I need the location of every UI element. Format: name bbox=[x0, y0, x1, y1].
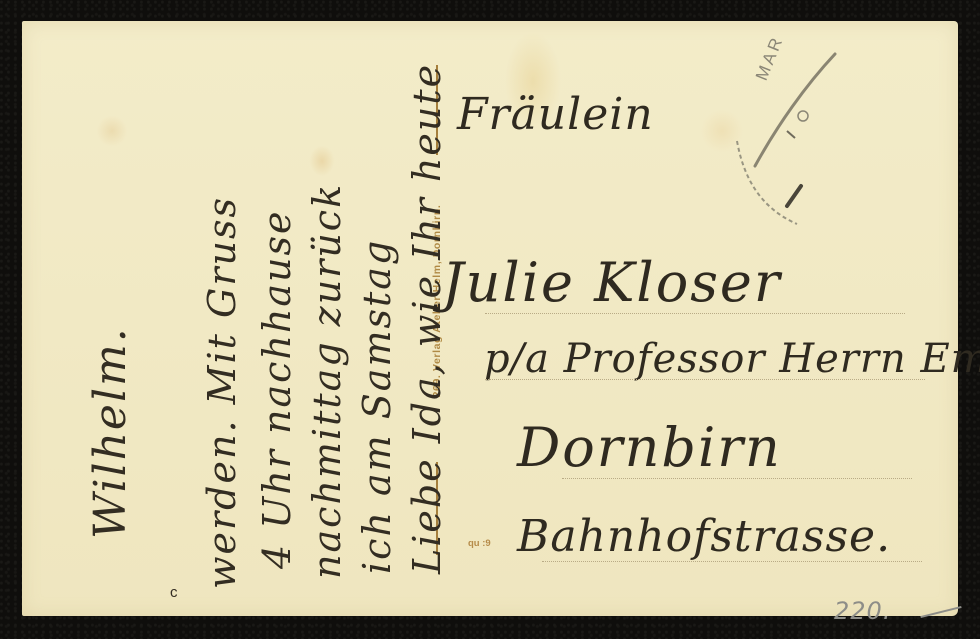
care-of-line: p/a Professor Herrn Emig bbox=[484, 336, 980, 382]
pencil-price-note: 220. bbox=[834, 597, 891, 625]
address-guide-line bbox=[485, 313, 905, 314]
postcard: 269. Verlag Atelier Helm, Dornbirn. qu :… bbox=[22, 21, 958, 616]
address-salutation: Fräulein bbox=[457, 89, 654, 140]
message-line: 4 Uhr nachhause bbox=[255, 210, 299, 569]
signature: Wilhelm. bbox=[85, 326, 136, 539]
margin-mark: c bbox=[170, 584, 178, 601]
address-guide-line bbox=[562, 478, 912, 479]
address-guide-line bbox=[485, 379, 925, 380]
message-line: ich am Samstag bbox=[355, 239, 399, 574]
address-guide-line bbox=[542, 561, 922, 562]
recipient-name: Julie Kloser bbox=[442, 251, 782, 314]
message-line: werden. Mit Gruss bbox=[200, 196, 244, 589]
printer-mark: qu :9 bbox=[468, 538, 491, 549]
recipient-street: Bahnhofstrasse. bbox=[517, 511, 891, 562]
recipient-city: Dornbirn bbox=[517, 416, 782, 479]
message-line: Liebe Ida, wie Ihr heute bbox=[405, 63, 449, 574]
postmark-stamp bbox=[717, 46, 857, 246]
message-section: Liebe Ida, wie Ihr heute ich am Samstag … bbox=[50, 69, 425, 614]
postmark-circle-icon bbox=[717, 46, 857, 246]
message-line: nachmittag zurück bbox=[305, 183, 349, 579]
